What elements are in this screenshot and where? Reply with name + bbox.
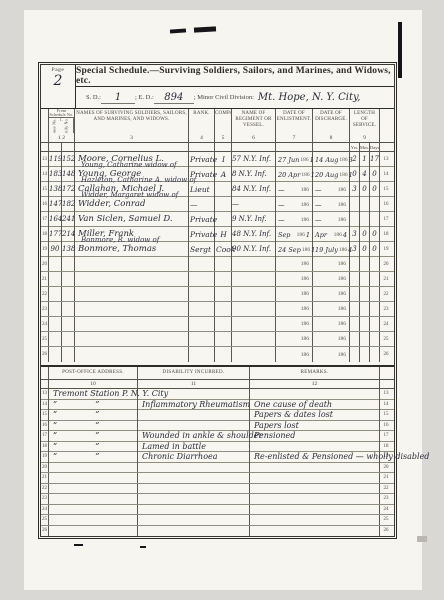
enlistment-cell: 186 <box>276 257 313 271</box>
company-cell: A <box>215 167 232 182</box>
regiment-header: Name of Regiment or Vessel. <box>232 109 276 133</box>
service-days <box>370 272 380 286</box>
line-number: 25 <box>380 515 392 525</box>
disability-cell: Wounded in ankle & shoulder <box>138 431 250 442</box>
house-number: 164 <box>49 212 62 227</box>
line-number: 24 <box>41 317 49 331</box>
rank-cell <box>189 332 215 346</box>
name-cell <box>75 287 189 301</box>
line-number: 16 <box>380 421 392 432</box>
line-number: 21 <box>41 272 49 286</box>
soldier-name: Van Siclen, Samuel D. <box>78 212 188 227</box>
group-label: From Schedule No. 1. <box>49 109 74 118</box>
discharge-cell: 186 <box>313 317 350 331</box>
house-number: 119 <box>49 152 62 167</box>
page-number-cell: Page 2 <box>41 65 76 108</box>
soldier-row: 26 186 186 26 <box>41 347 394 362</box>
service-months <box>360 212 370 227</box>
col-num: 8 <box>313 133 350 143</box>
line-number: 24 <box>380 317 392 331</box>
days-subheader: Days <box>370 143 380 152</box>
line-number: 26 <box>380 526 392 537</box>
service-months: 0 <box>360 242 370 257</box>
company-cell <box>215 182 232 197</box>
service-years <box>350 317 360 331</box>
company-cell <box>215 257 232 271</box>
company-cell: H <box>215 227 232 242</box>
name-cell: Van Siclen, Samuel D. <box>75 212 189 227</box>
enlistment-cell: 20 Apr1861 <box>276 167 313 182</box>
house-number <box>49 272 62 286</box>
mcd-value: Mt. Hope, N. Y. City, <box>258 92 361 103</box>
service-days: 0 <box>370 182 380 197</box>
family-no-header: Family No. <box>61 118 74 133</box>
soldier-row: 23 186 186 23 <box>41 302 394 317</box>
family-number: 182 <box>62 197 75 212</box>
remarks-cell <box>250 505 380 515</box>
line-number: 15 <box>380 410 392 421</box>
line-number: 15 <box>41 182 49 197</box>
address-cell <box>49 494 138 504</box>
enlistment-cell: 186 <box>276 302 313 316</box>
soldier-row: 17 164 241 Van Siclen, Samuel D. Private… <box>41 212 394 227</box>
widow-line: Widder, Margaret widow of <box>81 191 178 199</box>
col-num: 7 <box>276 133 313 143</box>
company-cell <box>215 317 232 331</box>
soldier-row: 20 186 186 20 <box>41 257 394 272</box>
line-number: 22 <box>380 484 392 494</box>
name-cell <box>75 332 189 346</box>
from-schedule-group: From Schedule No. 1. House No. Family No… <box>49 109 75 133</box>
house-number <box>49 257 62 271</box>
line-number: 23 <box>380 494 392 504</box>
line-number: 21 <box>41 473 49 483</box>
address-cell: ” ” <box>49 400 138 411</box>
service-months: 0 <box>360 227 370 242</box>
family-number: 214 <box>62 227 75 242</box>
service-years <box>350 197 360 212</box>
house-number: 177 <box>49 227 62 242</box>
regiment-cell <box>232 287 276 301</box>
column-number-row: 1 2 3 4 5 6 7 8 9 <box>41 133 394 143</box>
widow-line: Hazleton, Catharine A. widow of <box>81 176 196 184</box>
title-row: Special Schedule.—Surviving Soldiers, Sa… <box>76 65 394 87</box>
detail-row: 20 20 <box>41 463 394 474</box>
soldier-name: Widder, Conrad <box>78 197 188 212</box>
service-months: 4 <box>360 167 370 182</box>
rank-cell: Lieut <box>189 182 215 197</box>
line-number: 20 <box>380 257 392 271</box>
remarks-cell <box>250 526 380 537</box>
line-number: 20 <box>380 463 392 473</box>
service-years: 0 <box>350 167 360 182</box>
address-cell <box>49 473 138 483</box>
line-number: 17 <box>380 212 392 227</box>
service-days <box>370 287 380 301</box>
rank-header: Rank. <box>189 109 215 133</box>
service-days: 0 <box>370 242 380 257</box>
service-years <box>350 257 360 271</box>
service-days: 0 <box>370 227 380 242</box>
upper-table-header: From Schedule No. 1. House No. Family No… <box>41 109 394 133</box>
line-number: 20 <box>41 463 49 473</box>
service-days: 17 <box>370 152 380 167</box>
soldier-row: 19 90 138 Bonmore, R. widow ofBonmore, T… <box>41 242 394 257</box>
house-number: 147 <box>49 197 62 212</box>
service-years <box>350 287 360 301</box>
service-months <box>360 257 370 271</box>
line-number: 16 <box>41 421 49 432</box>
company-cell <box>215 197 232 212</box>
discharge-cell: —186 <box>313 182 350 197</box>
regiment-cell: 90 N.Y. Inf. <box>232 242 276 257</box>
regiment-cell: 48 N.Y. Inf. <box>232 227 276 242</box>
col-num: 12 <box>250 380 380 389</box>
name-cell: Widder, Margaret widow ofWidder, Conrad <box>75 197 189 212</box>
disability-cell <box>138 421 250 432</box>
detail-row: 18 ” ” Lamed in battle 18 <box>41 442 394 453</box>
soldier-row: 22 186 186 22 <box>41 287 394 302</box>
service-years: 3 <box>350 242 360 257</box>
line-number: 23 <box>41 302 49 316</box>
discharge-cell: 186 <box>313 332 350 346</box>
regiment-cell <box>232 347 276 362</box>
enlistment-cell: 186 <box>276 317 313 331</box>
col-num-house-family: 1 2 <box>49 133 75 143</box>
disability-cell <box>138 410 250 421</box>
widow-line: Young, Catharine widow of <box>81 161 177 169</box>
service-days <box>370 257 380 271</box>
remarks-cell <box>250 442 380 453</box>
discharge-cell: 186 <box>313 302 350 316</box>
enlistment-cell: 27 Jun1861 <box>276 152 313 167</box>
detail-row: 13 Tremont Station P. N. Y. City 13 <box>41 389 394 400</box>
line-number: 18 <box>41 227 49 242</box>
rank-cell <box>189 287 215 301</box>
line-number: 14 <box>41 167 49 182</box>
family-number: 152 <box>62 152 75 167</box>
mcd-label: ; Minor Civil Division: <box>194 94 254 101</box>
regiment-cell: 57 N.Y. Inf. <box>232 152 276 167</box>
detail-row: 24 24 <box>41 505 394 516</box>
detail-row: 25 25 <box>41 515 394 526</box>
scan-artifact <box>140 546 146 548</box>
name-cell <box>75 272 189 286</box>
line-number: 26 <box>41 526 49 537</box>
address-cell: ” ” <box>49 421 138 432</box>
detail-row: 22 22 <box>41 484 394 495</box>
scan-artifact <box>74 544 83 546</box>
detail-row: 23 23 <box>41 494 394 505</box>
company-cell: Cook <box>215 242 232 257</box>
family-number <box>62 272 75 286</box>
remarks-cell <box>250 463 380 473</box>
discharge-cell: 186 <box>313 287 350 301</box>
detail-row: 16 ” ” Papers lost 16 <box>41 421 394 432</box>
line-number: 20 <box>41 257 49 271</box>
ed-value: 894 <box>154 92 194 104</box>
service-years: 3 <box>350 227 360 242</box>
regiment-cell: 8 N.Y. Inf. <box>232 167 276 182</box>
line-number: 17 <box>41 212 49 227</box>
line-number: 18 <box>380 442 392 453</box>
house-number: 183 <box>49 167 62 182</box>
line-number: 23 <box>380 302 392 316</box>
line-number: 13 <box>380 389 392 400</box>
line-number: 14 <box>380 167 392 182</box>
address-cell <box>49 526 138 537</box>
name-cell <box>75 347 189 362</box>
col-num: 6 <box>232 133 276 143</box>
name-cell <box>75 317 189 331</box>
line-number: 26 <box>380 347 392 362</box>
company-header: Company. <box>215 109 232 133</box>
soldier-row: 21 186 186 21 <box>41 272 394 287</box>
service-months: 0 <box>360 182 370 197</box>
service-days <box>370 197 380 212</box>
line-number: 25 <box>41 332 49 346</box>
service-years <box>350 272 360 286</box>
rank-cell: Private <box>189 152 215 167</box>
detail-row: 19 ” ” Chronic Diarrhoea Re-enlisted & P… <box>41 452 394 463</box>
service-days <box>370 332 380 346</box>
house-number <box>49 317 62 331</box>
remarks-cell: Re-enlisted & Pensioned — wholly disable… <box>250 452 380 463</box>
address-cell: ” ” <box>49 452 138 463</box>
address-cell: ” ” <box>49 442 138 453</box>
remarks-cell: Pensioned <box>250 431 380 442</box>
regiment-cell: 9 N.Y. Inf. <box>232 212 276 227</box>
address-header: Post-office Address. <box>49 367 138 379</box>
remarks-cell <box>250 473 380 483</box>
col-num: 3 <box>75 133 189 143</box>
rank-cell: Private <box>189 227 215 242</box>
address-cell <box>49 515 138 525</box>
enlistment-cell: —186 <box>276 197 313 212</box>
page-number: 2 <box>54 73 63 89</box>
rank-cell: Private <box>189 212 215 227</box>
line-number: 16 <box>41 197 49 212</box>
family-number: 172 <box>62 182 75 197</box>
service-days <box>370 302 380 316</box>
service-years <box>350 302 360 316</box>
discharge-cell: 186 <box>313 347 350 362</box>
remarks-header: Remarks. <box>250 367 380 379</box>
address-cell: ” ” <box>49 410 138 421</box>
upper-rows: 13 119 152 Moore, Cornelius L. Private I… <box>41 152 394 362</box>
sd-label: S. D.: <box>86 94 101 101</box>
service-months <box>360 317 370 331</box>
line-number: 18 <box>380 227 392 242</box>
col-num: 10 <box>49 380 138 389</box>
schedule-title: Special Schedule.—Surviving Soldiers, Sa… <box>76 66 394 86</box>
disability-cell <box>138 389 250 400</box>
line-number: 15 <box>380 182 392 197</box>
company-cell: I <box>215 152 232 167</box>
house-number <box>49 302 62 316</box>
enlistment-cell: 186 <box>276 272 313 286</box>
service-subheader-row: Yrs. Mos. Days <box>41 143 394 152</box>
service-months <box>360 287 370 301</box>
disability-header: Disability Incurred. <box>138 367 250 379</box>
soldier-row: 24 186 186 24 <box>41 317 394 332</box>
detail-row: 15 ” ” Papers & dates lost 15 <box>41 410 394 421</box>
name-cell: Bonmore, R. widow ofBonmore, Thomas <box>75 242 189 257</box>
lower-number-row: 10 11 12 <box>41 380 394 389</box>
detail-row: 14 ” ” Inflammatory Rheumatism One cause… <box>41 400 394 411</box>
detail-row: 17 ” ” Wounded in ankle & shoulder Pensi… <box>41 431 394 442</box>
rank-cell <box>189 302 215 316</box>
discharge-cell: 186 <box>313 257 350 271</box>
soldier-name: Bonmore, Thomas <box>78 242 188 257</box>
line-number: 14 <box>380 400 392 411</box>
line-number: 25 <box>41 515 49 525</box>
service-years <box>350 332 360 346</box>
company-cell <box>215 272 232 286</box>
enlistment-cell: —186 <box>276 182 313 197</box>
address-cell <box>49 505 138 515</box>
address-cell <box>49 463 138 473</box>
disability-cell <box>138 515 250 525</box>
discharge-cell: 186 <box>313 272 350 286</box>
detail-row: 26 26 <box>41 526 394 537</box>
line-number: 14 <box>41 400 49 411</box>
line-number: 23 <box>41 494 49 504</box>
family-number: 138 <box>62 242 75 257</box>
name-cell <box>75 257 189 271</box>
col-num: 5 <box>215 133 232 143</box>
detail-row: 21 21 <box>41 473 394 484</box>
service-years: 2 <box>350 152 360 167</box>
service-months <box>360 197 370 212</box>
service-years: 3 <box>350 182 360 197</box>
family-number <box>62 332 75 346</box>
col-num: 9 <box>350 133 380 143</box>
company-cell <box>215 302 232 316</box>
disability-cell <box>138 473 250 483</box>
house-number <box>49 332 62 346</box>
service-months <box>360 302 370 316</box>
house-number <box>49 347 62 362</box>
lower-rows: 13 Tremont Station P. N. Y. City 13 14 ”… <box>41 389 394 536</box>
sd-value: 1 <box>101 92 135 104</box>
enlistment-cell: 186 <box>276 332 313 346</box>
service-months <box>360 332 370 346</box>
family-number <box>62 347 75 362</box>
line-number: 22 <box>41 484 49 494</box>
family-number: 148 <box>62 167 75 182</box>
line-number: 25 <box>380 332 392 346</box>
line-number: 24 <box>41 505 49 515</box>
rank-cell <box>189 347 215 362</box>
house-number: 90 <box>49 242 62 257</box>
discharge-cell: —186 <box>313 212 350 227</box>
house-number <box>49 287 62 301</box>
line-number-col <box>41 109 49 133</box>
line-number: 19 <box>41 452 49 463</box>
regiment-cell <box>232 302 276 316</box>
remarks-cell: Papers & dates lost <box>250 410 380 421</box>
line-number: 22 <box>41 287 49 301</box>
discharge-cell: 19 July1864 <box>313 242 350 257</box>
regiment-cell: 84 N.Y. Inf. <box>232 182 276 197</box>
yrs-subheader: Yrs. <box>350 143 360 152</box>
enlistment-cell: 24 Sep1861 <box>276 242 313 257</box>
district-row: S. D.: 1 ; E. D.: 894 ; Minor Civil Divi… <box>76 87 394 108</box>
service-days <box>370 317 380 331</box>
discharge-cell: 14 Aug1863 <box>313 152 350 167</box>
line-number: 17 <box>380 431 392 442</box>
scan-artifact <box>417 536 427 542</box>
scanned-census-schedule: { "scan": { "page_label": "Page", "page_… <box>0 0 444 600</box>
disability-cell <box>138 463 250 473</box>
address-cell <box>49 484 138 494</box>
col-num: 4 <box>189 133 215 143</box>
house-no-header: House No. <box>49 118 61 133</box>
line-number: 16 <box>380 197 392 212</box>
family-number <box>62 257 75 271</box>
line-number: 19 <box>41 242 49 257</box>
service-years <box>350 212 360 227</box>
special-schedule-form: Page 2 Special Schedule.—Surviving Soldi… <box>38 62 397 539</box>
disability-cell <box>138 484 250 494</box>
form-header: Page 2 Special Schedule.—Surviving Soldi… <box>41 65 394 109</box>
rank-cell: — <box>189 197 215 212</box>
line-number: 21 <box>380 473 392 483</box>
rank-cell <box>189 317 215 331</box>
line-number: 13 <box>380 152 392 167</box>
soldier-row: 16 147 182 Widder, Margaret widow ofWidd… <box>41 197 394 212</box>
mos-subheader: Mos. <box>360 143 370 152</box>
remarks-cell <box>250 484 380 494</box>
discharge-cell: —186 <box>313 197 350 212</box>
remarks-cell: One cause of death <box>250 400 380 411</box>
company-cell <box>215 287 232 301</box>
company-cell <box>215 347 232 362</box>
widow-line: Bonmore, R. widow of <box>81 236 159 244</box>
line-number: 17 <box>41 431 49 442</box>
house-number: 138 <box>49 182 62 197</box>
names-header: Names of Surviving Soldiers, Sailors, an… <box>75 109 189 133</box>
line-number: 13 <box>41 389 49 400</box>
disability-cell: Chronic Diarrhoea <box>138 452 250 463</box>
address-cell: Tremont Station P. N. Y. City <box>49 389 138 400</box>
remarks-cell <box>250 494 380 504</box>
enlistment-cell: Sep1861 <box>276 227 313 242</box>
line-number: 19 <box>380 242 392 257</box>
soldier-row: 25 186 186 25 <box>41 332 394 347</box>
regiment-cell <box>232 332 276 346</box>
line-number: 24 <box>380 505 392 515</box>
name-cell <box>75 302 189 316</box>
discharge-cell: Apr1864 <box>313 227 350 242</box>
enlistment-cell: 186 <box>276 287 313 301</box>
enlistment-cell: —186 <box>276 212 313 227</box>
lower-table: Post-office Address. Disability Incurred… <box>41 365 394 536</box>
rank-cell <box>189 272 215 286</box>
regiment-cell: — <box>232 197 276 212</box>
disability-cell <box>138 494 250 504</box>
company-cell <box>215 332 232 346</box>
discharge-cell: 20 Aug1861 <box>313 167 350 182</box>
disability-cell: Lamed in battle <box>138 442 250 453</box>
line-number: 15 <box>41 410 49 421</box>
rank-cell: Sergt <box>189 242 215 257</box>
line-number: 22 <box>380 287 392 301</box>
col-num: 11 <box>138 380 250 389</box>
remarks-cell: Papers lost <box>250 421 380 432</box>
family-number: 241 <box>62 212 75 227</box>
